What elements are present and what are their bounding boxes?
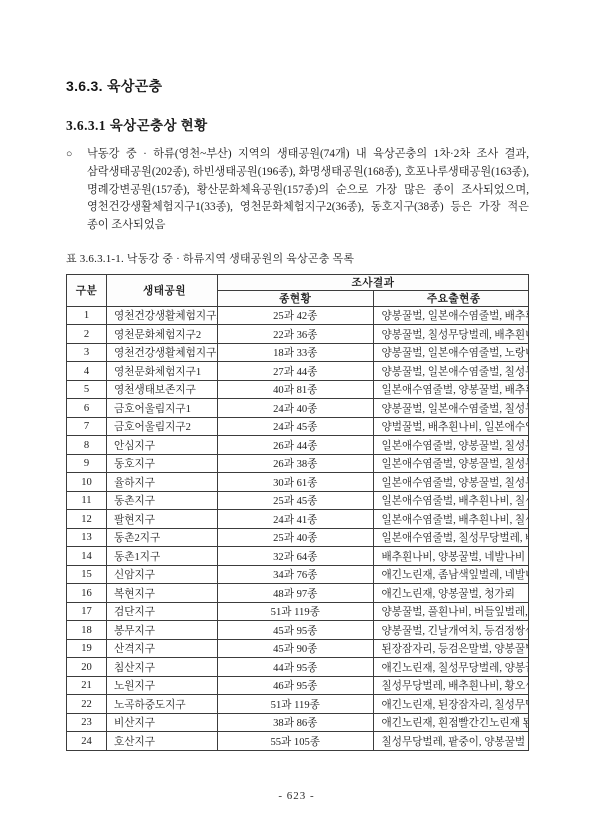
cell-species-status: 25과 42종 <box>218 306 374 325</box>
cell-species-status: 25과 45종 <box>218 491 374 510</box>
table-caption: 표 3.6.3.1-1. 낙동강 중 · 하류지역 생태공원의 육상곤충 목록 <box>66 250 529 266</box>
cell-park-name: 영천건강생활체험지구1 <box>107 343 218 362</box>
header-park-name: 생태공원 <box>107 274 218 306</box>
cell-species-status: 18과 33종 <box>218 343 374 362</box>
cell-park-name: 금호어울림지구1 <box>107 399 218 418</box>
cell-row-number: 1 <box>67 306 107 325</box>
cell-row-number: 18 <box>67 621 107 640</box>
table-row: 15 신암지구 34과 76종 애긴노린재, 좀남색잎벌레, 네발나비 <box>67 565 529 584</box>
cell-park-name: 동촌1지구 <box>107 547 218 566</box>
cell-species-status: 22과 36종 <box>218 325 374 344</box>
cell-row-number: 15 <box>67 565 107 584</box>
cell-main-species: 일본애수염줄벌, 칠성무당벌레, 배추흰나비 <box>373 528 529 547</box>
cell-main-species: 양봉꿀벌, 일본애수염줄벌, 노랑나비 <box>373 343 529 362</box>
cell-park-name: 신암지구 <box>107 565 218 584</box>
cell-main-species: 양봉꿀벌, 풀흰나비, 버들잎벌레, 노랑나비 <box>373 602 529 621</box>
cell-main-species: 양봉꿀벌, 일본애수염줄벌, 칠성무당벌레, 노랑나비 <box>373 399 529 418</box>
cell-row-number: 13 <box>67 528 107 547</box>
cell-species-status: 46과 95종 <box>218 676 374 695</box>
cell-main-species: 일본애수염줄벌, 양봉꿀벌, 배추흰나비 <box>373 380 529 399</box>
cell-park-name: 노원지구 <box>107 676 218 695</box>
table-row: 6 금호어울림지구1 24과 40종 양봉꿀벌, 일본애수염줄벌, 칠성무당벌레… <box>67 399 529 418</box>
cell-main-species: 양봉꿀벌, 일본애수염줄벌, 배추흰나비 <box>373 306 529 325</box>
section-heading: 3.6.3. 육상곤충 <box>66 0 529 95</box>
cell-row-number: 21 <box>67 676 107 695</box>
page-content: 3.6.3. 육상곤충 3.6.3.1 육상곤충상 현황 ○ 낙동강 중 · 하… <box>66 0 529 751</box>
cell-main-species: 양벌꿀벌, 배추흰나비, 일본애수염줄벌 <box>373 417 529 436</box>
cell-species-status: 44과 95종 <box>218 658 374 677</box>
table-row: 23 비산지구 38과 86종 애긴노린재, 흰점빨간긴노린재 된장잠자리 <box>67 713 529 732</box>
cell-row-number: 23 <box>67 713 107 732</box>
table-row: 24 호산지구 55과 105종 칠성무당벌레, 팥중이, 양봉꿀벌 <box>67 732 529 751</box>
table-row: 18 봉무지구 45과 95종 양봉꿀벌, 긴날개여치, 등검정쌍살벌 <box>67 621 529 640</box>
cell-main-species: 일본애수염줄벌, 양봉꿀벌, 칠성무당벌레 <box>373 454 529 473</box>
cell-species-status: 24과 41종 <box>218 510 374 529</box>
table-row: 8 안심지구 26과 44종 일본애수염줄벌, 양봉꿀벌, 칠성무당벌레 <box>67 436 529 455</box>
cell-row-number: 14 <box>67 547 107 566</box>
cell-species-status: 24과 45종 <box>218 417 374 436</box>
cell-main-species: 애긴노린재, 된장잠자리, 칠성무당벌레 <box>373 695 529 714</box>
cell-main-species: 일본애수염줄벌, 배추흰나비, 칠성무당벌레 <box>373 491 529 510</box>
cell-main-species: 일본애수염줄벌, 양봉꿀벌, 칠성무당벌레 <box>373 473 529 492</box>
cell-row-number: 4 <box>67 362 107 381</box>
cell-park-name: 동호지구 <box>107 454 218 473</box>
table-row: 21 노원지구 46과 95종 칠성무당벌레, 배추흰나비, 황오색나비 <box>67 676 529 695</box>
cell-park-name: 금호어울림지구2 <box>107 417 218 436</box>
cell-main-species: 배추흰나비, 양봉꿀벌, 네발나비 <box>373 547 529 566</box>
summary-paragraph: ○ 낙동강 중 · 하류(영천~부산) 지역의 생태공원(74개) 내 육상곤충… <box>66 146 529 235</box>
cell-species-status: 51과 119종 <box>218 602 374 621</box>
summary-paragraph-text: 낙동강 중 · 하류(영천~부산) 지역의 생태공원(74개) 내 육상곤충의 … <box>87 146 529 235</box>
table-row: 9 동호지구 26과 38종 일본애수염줄벌, 양봉꿀벌, 칠성무당벌레 <box>67 454 529 473</box>
table-row: 5 영천생태보존지구 40과 81종 일본애수염줄벌, 양봉꿀벌, 배추흰나비 <box>67 380 529 399</box>
cell-park-name: 동촌지구 <box>107 491 218 510</box>
cell-row-number: 10 <box>67 473 107 492</box>
cell-row-number: 3 <box>67 343 107 362</box>
cell-species-status: 34과 76종 <box>218 565 374 584</box>
cell-row-number: 5 <box>67 380 107 399</box>
cell-species-status: 26과 38종 <box>218 454 374 473</box>
cell-species-status: 51과 119종 <box>218 695 374 714</box>
cell-park-name: 안심지구 <box>107 436 218 455</box>
cell-row-number: 17 <box>67 602 107 621</box>
cell-park-name: 봉무지구 <box>107 621 218 640</box>
cell-park-name: 비산지구 <box>107 713 218 732</box>
table-header: 구분 생태공원 조사결과 종현황 주요출현종 <box>67 274 529 306</box>
table-row: 3 영천건강생활체험지구1 18과 33종 양봉꿀벌, 일본애수염줄벌, 노랑나… <box>67 343 529 362</box>
cell-row-number: 19 <box>67 639 107 658</box>
cell-park-name: 동촌2지구 <box>107 528 218 547</box>
cell-species-status: 40과 81종 <box>218 380 374 399</box>
page-number: - 623 - <box>0 790 593 802</box>
header-row-number: 구분 <box>67 274 107 306</box>
header-species-status: 종현황 <box>218 290 374 306</box>
table-header-row-1: 구분 생태공원 조사결과 <box>67 274 529 290</box>
cell-main-species: 일본애수염줄벌, 배추흰나비, 칠성무당벌레 <box>373 510 529 529</box>
table-row: 2 영천문화체험지구2 22과 36종 양봉꿀벌, 칠성무당벌레, 배추흰나비 <box>67 325 529 344</box>
table-row: 16 복현지구 48과 97종 애긴노린재, 양봉꿀벌, 청가뢰 <box>67 584 529 603</box>
cell-row-number: 11 <box>67 491 107 510</box>
cell-row-number: 16 <box>67 584 107 603</box>
table-row: 7 금호어울림지구2 24과 45종 양벌꿀벌, 배추흰나비, 일본애수염줄벌 <box>67 417 529 436</box>
cell-park-name: 침산지구 <box>107 658 218 677</box>
cell-park-name: 노곡하중도지구 <box>107 695 218 714</box>
cell-main-species: 애긴노린재, 흰점빨간긴노린재 된장잠자리 <box>373 713 529 732</box>
cell-main-species: 칠성무당벌레, 팥중이, 양봉꿀벌 <box>373 732 529 751</box>
insect-list-table: 구분 생태공원 조사결과 종현황 주요출현종 1 영천건강생활체험지구2 25과… <box>66 274 529 751</box>
cell-park-name: 산격지구 <box>107 639 218 658</box>
cell-row-number: 6 <box>67 399 107 418</box>
cell-park-name: 영천문화체험지구1 <box>107 362 218 381</box>
cell-species-status: 24과 40종 <box>218 399 374 418</box>
cell-species-status: 32과 64종 <box>218 547 374 566</box>
table-row: 4 영천문화체험지구1 27과 44종 양봉꿀벌, 일본애수염줄벌, 칠성무당벌… <box>67 362 529 381</box>
table-row: 11 동촌지구 25과 45종 일본애수염줄벌, 배추흰나비, 칠성무당벌레 <box>67 491 529 510</box>
cell-main-species: 애긴노린재, 좀남색잎벌레, 네발나비 <box>373 565 529 584</box>
cell-main-species: 양봉꿀벌, 긴날개여치, 등검정쌍살벌 <box>373 621 529 640</box>
document-page: { "headings": { "section": "3.6.3. 육상곤충"… <box>0 0 593 840</box>
cell-main-species: 칠성무당벌레, 배추흰나비, 황오색나비 <box>373 676 529 695</box>
table-row: 1 영천건강생활체험지구2 25과 42종 양봉꿀벌, 일본애수염줄벌, 배추흰… <box>67 306 529 325</box>
cell-park-name: 팔현지구 <box>107 510 218 529</box>
cell-row-number: 22 <box>67 695 107 714</box>
cell-main-species: 양봉꿀벌, 일본애수염줄벌, 칠성무당벌레 <box>373 362 529 381</box>
cell-main-species: 애긴노린재, 칠성무당벌레, 양봉꿀벌 <box>373 658 529 677</box>
cell-species-status: 26과 44종 <box>218 436 374 455</box>
table-row: 13 동촌2지구 25과 40종 일본애수염줄벌, 칠성무당벌레, 배추흰나비 <box>67 528 529 547</box>
cell-species-status: 30과 61종 <box>218 473 374 492</box>
table-row: 19 산격지구 45과 90종 된장잠자리, 등검은말벌, 양봉꿀벌, 칠성무당… <box>67 639 529 658</box>
cell-species-status: 48과 97종 <box>218 584 374 603</box>
cell-park-name: 영천생태보존지구 <box>107 380 218 399</box>
cell-park-name: 복현지구 <box>107 584 218 603</box>
header-main-species: 주요출현종 <box>373 290 529 306</box>
cell-main-species: 양봉꿀벌, 칠성무당벌레, 배추흰나비 <box>373 325 529 344</box>
cell-row-number: 8 <box>67 436 107 455</box>
table-row: 10 율하지구 30과 61종 일본애수염줄벌, 양봉꿀벌, 칠성무당벌레 <box>67 473 529 492</box>
circle-bullet-marker: ○ <box>66 146 87 235</box>
cell-row-number: 7 <box>67 417 107 436</box>
header-survey-result-group: 조사결과 <box>218 274 529 290</box>
cell-row-number: 20 <box>67 658 107 677</box>
cell-park-name: 영천문화체험지구2 <box>107 325 218 344</box>
cell-species-status: 45과 90종 <box>218 639 374 658</box>
cell-species-status: 27과 44종 <box>218 362 374 381</box>
table-row: 12 팔현지구 24과 41종 일본애수염줄벌, 배추흰나비, 칠성무당벌레 <box>67 510 529 529</box>
table-body: 1 영천건강생활체험지구2 25과 42종 양봉꿀벌, 일본애수염줄벌, 배추흰… <box>67 306 529 750</box>
table-row: 17 검단지구 51과 119종 양봉꿀벌, 풀흰나비, 버들잎벌레, 노랑나비 <box>67 602 529 621</box>
cell-row-number: 12 <box>67 510 107 529</box>
cell-row-number: 9 <box>67 454 107 473</box>
cell-species-status: 38과 86종 <box>218 713 374 732</box>
cell-row-number: 24 <box>67 732 107 751</box>
cell-species-status: 25과 40종 <box>218 528 374 547</box>
table-row: 14 동촌1지구 32과 64종 배추흰나비, 양봉꿀벌, 네발나비 <box>67 547 529 566</box>
cell-species-status: 55과 105종 <box>218 732 374 751</box>
cell-main-species: 애긴노린재, 양봉꿀벌, 청가뢰 <box>373 584 529 603</box>
cell-park-name: 호산지구 <box>107 732 218 751</box>
cell-main-species: 된장잠자리, 등검은말벌, 양봉꿀벌, 칠성무당벌레 <box>373 639 529 658</box>
cell-row-number: 2 <box>67 325 107 344</box>
cell-park-name: 검단지구 <box>107 602 218 621</box>
cell-park-name: 영천건강생활체험지구2 <box>107 306 218 325</box>
table-row: 20 침산지구 44과 95종 애긴노린재, 칠성무당벌레, 양봉꿀벌 <box>67 658 529 677</box>
cell-park-name: 율하지구 <box>107 473 218 492</box>
subsection-heading: 3.6.3.1 육상곤충상 현황 <box>66 118 529 134</box>
cell-main-species: 일본애수염줄벌, 양봉꿀벌, 칠성무당벌레 <box>373 436 529 455</box>
cell-species-status: 45과 95종 <box>218 621 374 640</box>
table-row: 22 노곡하중도지구 51과 119종 애긴노린재, 된장잠자리, 칠성무당벌레 <box>67 695 529 714</box>
